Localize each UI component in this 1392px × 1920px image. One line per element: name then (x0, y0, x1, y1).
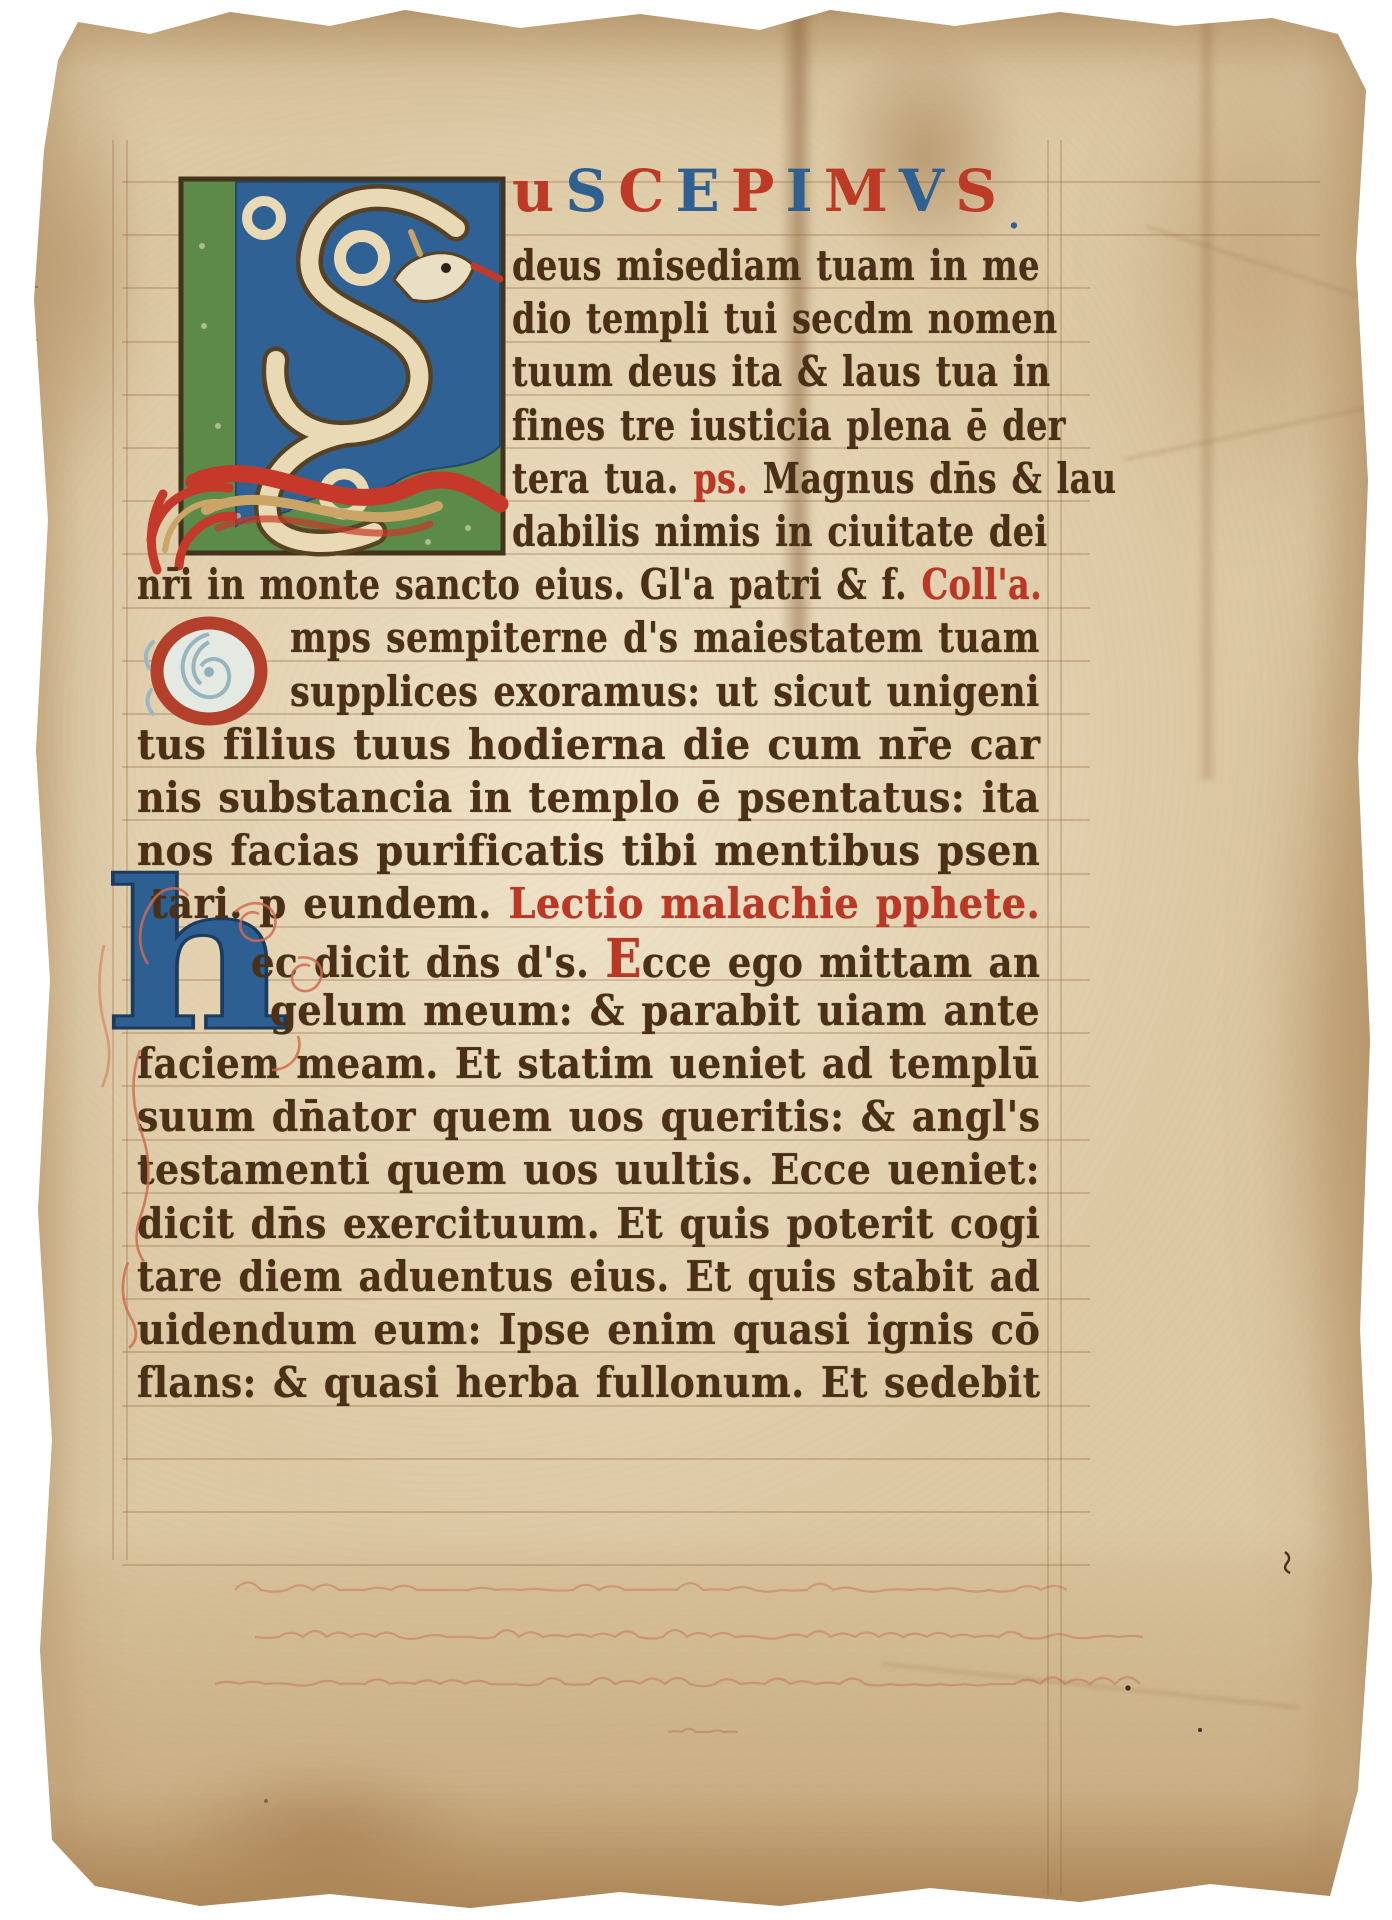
text-segment: tari. p eundem. (150, 879, 508, 928)
ruling-line (122, 1564, 1090, 1566)
heading-letter: C (618, 160, 664, 224)
heading-letter: S (565, 160, 607, 224)
text-segment: cce ego mittam an (642, 938, 1040, 987)
fold-crease (1198, 0, 1216, 780)
heading-letter: M (824, 160, 888, 224)
text-segment: Lectio malachie pphete. (508, 879, 1040, 928)
text-line: testamenti quem uos uultis. Ecce ueniet: (137, 1149, 1040, 1191)
text-line: supplices exoramus: ut sicut unigeni (290, 671, 1040, 713)
text-line: dabilis nimis in ciuitate dei (512, 511, 1048, 553)
text-segment: tare diem aduentus eius. Et quis stabit … (137, 1252, 1040, 1301)
decorated-initial-O (143, 612, 275, 730)
heading-letter: S (955, 160, 997, 224)
stain (1258, 580, 1392, 1520)
margin-ticks (4, 181, 38, 340)
text-segment: nr̄i in monte sancto eius. Gl'a patri & … (137, 560, 921, 609)
text-line: suum dn̄ator quem uos queritis: & angl's (137, 1096, 1040, 1138)
stain (170, 1756, 480, 1906)
text-line: faciem meam. Et statim ueniet ad templū (137, 1043, 1040, 1085)
text-segment: uidendum eum: Ipse enim quasi ignis cō (137, 1305, 1040, 1354)
text-line: fines tre iusticia plena ē der (512, 405, 1066, 447)
inscription-line (255, 1630, 1143, 1639)
text-segment: faciem meam. Et statim ueniet ad templū (137, 1039, 1040, 1088)
text-segment: Magnus dn̄s & lau (763, 454, 1117, 503)
text-segment: dicit dn̄s exercituum. Et quis poterit c… (137, 1199, 1040, 1248)
text-segment: tus filius tuus hodierna die cum nr̄e ca… (137, 720, 1040, 769)
heading-letter: E (675, 160, 719, 224)
text-segment: gelum meum: & parabit uiam ante (270, 986, 1040, 1035)
faint-inscription (215, 1583, 1143, 1733)
text-segment: dabilis nimis in ciuitate dei (512, 507, 1048, 556)
text-line: gelum meum: & parabit uiam ante (270, 990, 1040, 1032)
inscription-line (235, 1583, 1067, 1592)
text-line: tuum deus ita & laus tua in (512, 351, 1051, 393)
ruling-line (122, 1511, 1090, 1513)
text-segment: testamenti quem uos uultis. Ecce ueniet: (137, 1145, 1040, 1194)
ruling-line (122, 1458, 1090, 1460)
text-line: ec dicit dn̄s d's. Ecce ego mittam an (251, 937, 1040, 984)
text-segment: deus misediam tuam in me (512, 241, 1040, 290)
text-segment: tuum deus ita & laus tua in (512, 347, 1051, 396)
text-line: dio templi tui secdm nomen (512, 298, 1058, 340)
heading-letter: V (899, 160, 944, 224)
text-line: deus misediam tuam in me (512, 245, 1040, 287)
text-segment: Coll'a. (921, 560, 1042, 609)
heading-letter: P (731, 160, 775, 224)
text-segment: nis substancia in templo ē psentatus: it… (137, 773, 1040, 822)
text-line: tari. p eundem. Lectio malachie pphete. (150, 883, 1040, 925)
text-segment: flans: & quasi herba fullonum. Et sedebi… (137, 1358, 1040, 1407)
inscription-line (668, 1729, 738, 1732)
text-line: nos facias purificatis tibi mentibus pse… (137, 830, 1040, 872)
text-segment: suum dn̄ator quem uos queritis: & angl's (137, 1092, 1040, 1141)
stain (1110, 0, 1390, 540)
heading-letter: u (512, 160, 554, 224)
text-line: tus filius tuus hodierna die cum nr̄e ca… (137, 724, 1040, 766)
text-segment: ec dicit dn̄s d's. (251, 938, 605, 987)
inscription-line (215, 1677, 1140, 1686)
text-line: nis substancia in templo ē psentatus: it… (137, 777, 1040, 819)
stain (50, 1550, 1340, 1910)
parchment-leaf: h uSCEPIMVS. deus misediam tuam in medio… (0, 0, 1392, 1920)
heading-letter: I (785, 160, 812, 224)
text-segment: mps sempiterne d's maiestatem tuam (290, 613, 1040, 662)
pen-mark (1285, 1552, 1290, 1573)
text-line: dicit dn̄s exercituum. Et quis poterit c… (137, 1203, 1040, 1245)
text-line: flans: & quasi herba fullonum. Et sedebi… (137, 1362, 1040, 1404)
text-line: tare diem aduentus eius. Et quis stabit … (137, 1256, 1040, 1298)
text-segment: fines tre iusticia plena ē der (512, 401, 1066, 450)
text-segment: tera tua. (512, 454, 693, 503)
text-line: mps sempiterne d's maiestatem tuam (290, 617, 1040, 659)
heading-suscepimus: uSCEPIMVS. (512, 160, 1020, 244)
text-segment: supplices exoramus: ut sicut unigeni (290, 667, 1040, 716)
wrinkle (881, 1662, 1299, 1709)
text-segment: ps. (693, 454, 762, 503)
text-segment: dio templi tui secdm nomen (512, 294, 1058, 343)
text-line: tera tua. ps. Magnus dn̄s & lau (512, 458, 1116, 500)
heading-letter: . (1008, 199, 1020, 236)
wrinkle (1123, 398, 1392, 461)
text-line: nr̄i in monte sancto eius. Gl'a patri & … (137, 564, 1042, 606)
text-segment: E (605, 927, 642, 990)
text-line: uidendum eum: Ipse enim quasi ignis cō (137, 1309, 1040, 1351)
text-segment: nos facias purificatis tibi mentibus pse… (137, 826, 1040, 875)
wrinkle (1145, 225, 1374, 302)
